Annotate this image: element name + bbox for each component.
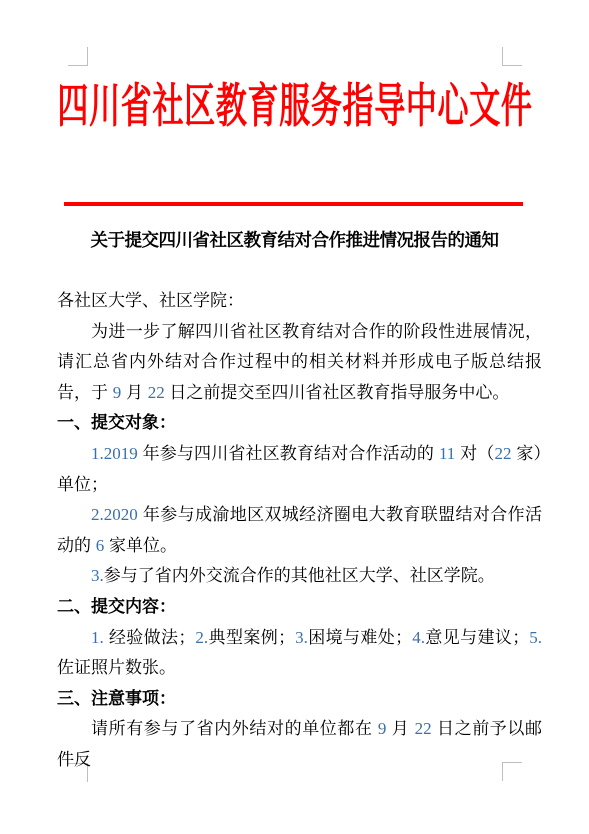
document-page: 四川省社区教育服务指导中心文件 关于提交四川省社区教育结对合作推进情况报告的通知… (0, 0, 589, 834)
text-run: 困境与难处； (308, 628, 412, 647)
number-run: 22 (494, 444, 511, 463)
document-title: 关于提交四川省社区教育结对合作推进情况报告的通知 (0, 227, 589, 252)
number-run: 2. (195, 628, 208, 647)
number-run: 1. (91, 628, 104, 647)
section-heading-1: 一、提交对象： (57, 408, 542, 439)
text-run: 年参与四川省社区教育结对合作活动的 (138, 444, 439, 463)
number-run: 3. (295, 628, 308, 647)
number-run: 5. (529, 628, 542, 647)
section-heading-3: 三、注意事项： (57, 684, 542, 715)
text-run: 意见与建议； (425, 628, 529, 647)
margin-crop-mark-top-left (68, 47, 88, 66)
letterhead: 四川省社区教育服务指导中心文件 (0, 76, 589, 138)
text-run: 请所有参与了省内外结对的单位都在 (91, 719, 378, 738)
section-heading-2: 二、提交内容： (57, 592, 542, 623)
paragraph-intro: 为进一步了解四川省社区教育结对合作的阶段性进展情况，请汇总省内外结对合作过程中的… (57, 317, 542, 409)
list-item-1-1: 1.2019 年参与四川省社区教育结对合作活动的 11 对（22 家）单位； (57, 439, 542, 500)
text-run: 月 (386, 719, 414, 738)
text-run: 佐证照片数张。 (57, 658, 176, 677)
text-run: 对（ (455, 444, 494, 463)
number-run: 11 (439, 444, 455, 463)
number-run: 9 (113, 383, 122, 402)
number-run: 6 (96, 536, 105, 555)
number-run: 1.2019 (91, 444, 138, 463)
list-item-1-2: 2.2020 年参与成渝地区双城经济圈电大教育联盟结对合作活动的 6 家单位。 (57, 500, 542, 561)
red-separator-line (64, 202, 523, 206)
text-run: 月 (121, 383, 147, 402)
salutation: 各社区大学、社区学院： (57, 286, 542, 317)
number-run: 4. (412, 628, 425, 647)
document-body: 各社区大学、社区学院： 为进一步了解四川省社区教育结对合作的阶段性进展情况，请汇… (57, 286, 542, 776)
number-run: 2.2020 (91, 505, 138, 524)
number-run: 22 (148, 383, 165, 402)
paragraph-notes: 请所有参与了省内外结对的单位都在 9 月 22 日之前予以邮件反 (57, 714, 542, 775)
list-item-1-3: 3.参与了省内外交流合作的其他社区大学、社区学院。 (57, 561, 542, 592)
section-2-content: 1. 经验做法；2.典型案例；3.困境与难处；4.意见与建议；5.佐证照片数张。 (57, 623, 542, 684)
text-run: 参与了省内外交流合作的其他社区大学、社区学院。 (104, 566, 495, 585)
letterhead-title: 四川省社区教育服务指导中心文件 (57, 84, 532, 131)
number-run: 3. (91, 566, 104, 585)
number-run: 22 (415, 719, 432, 738)
text-run: 经验做法； (104, 628, 196, 647)
text-run: 家单位。 (104, 536, 177, 555)
margin-crop-mark-top-right (502, 47, 522, 66)
text-run: 日之前提交至四川省社区教育指导服务中心。 (165, 383, 510, 402)
text-run: 典型案例； (208, 628, 295, 647)
